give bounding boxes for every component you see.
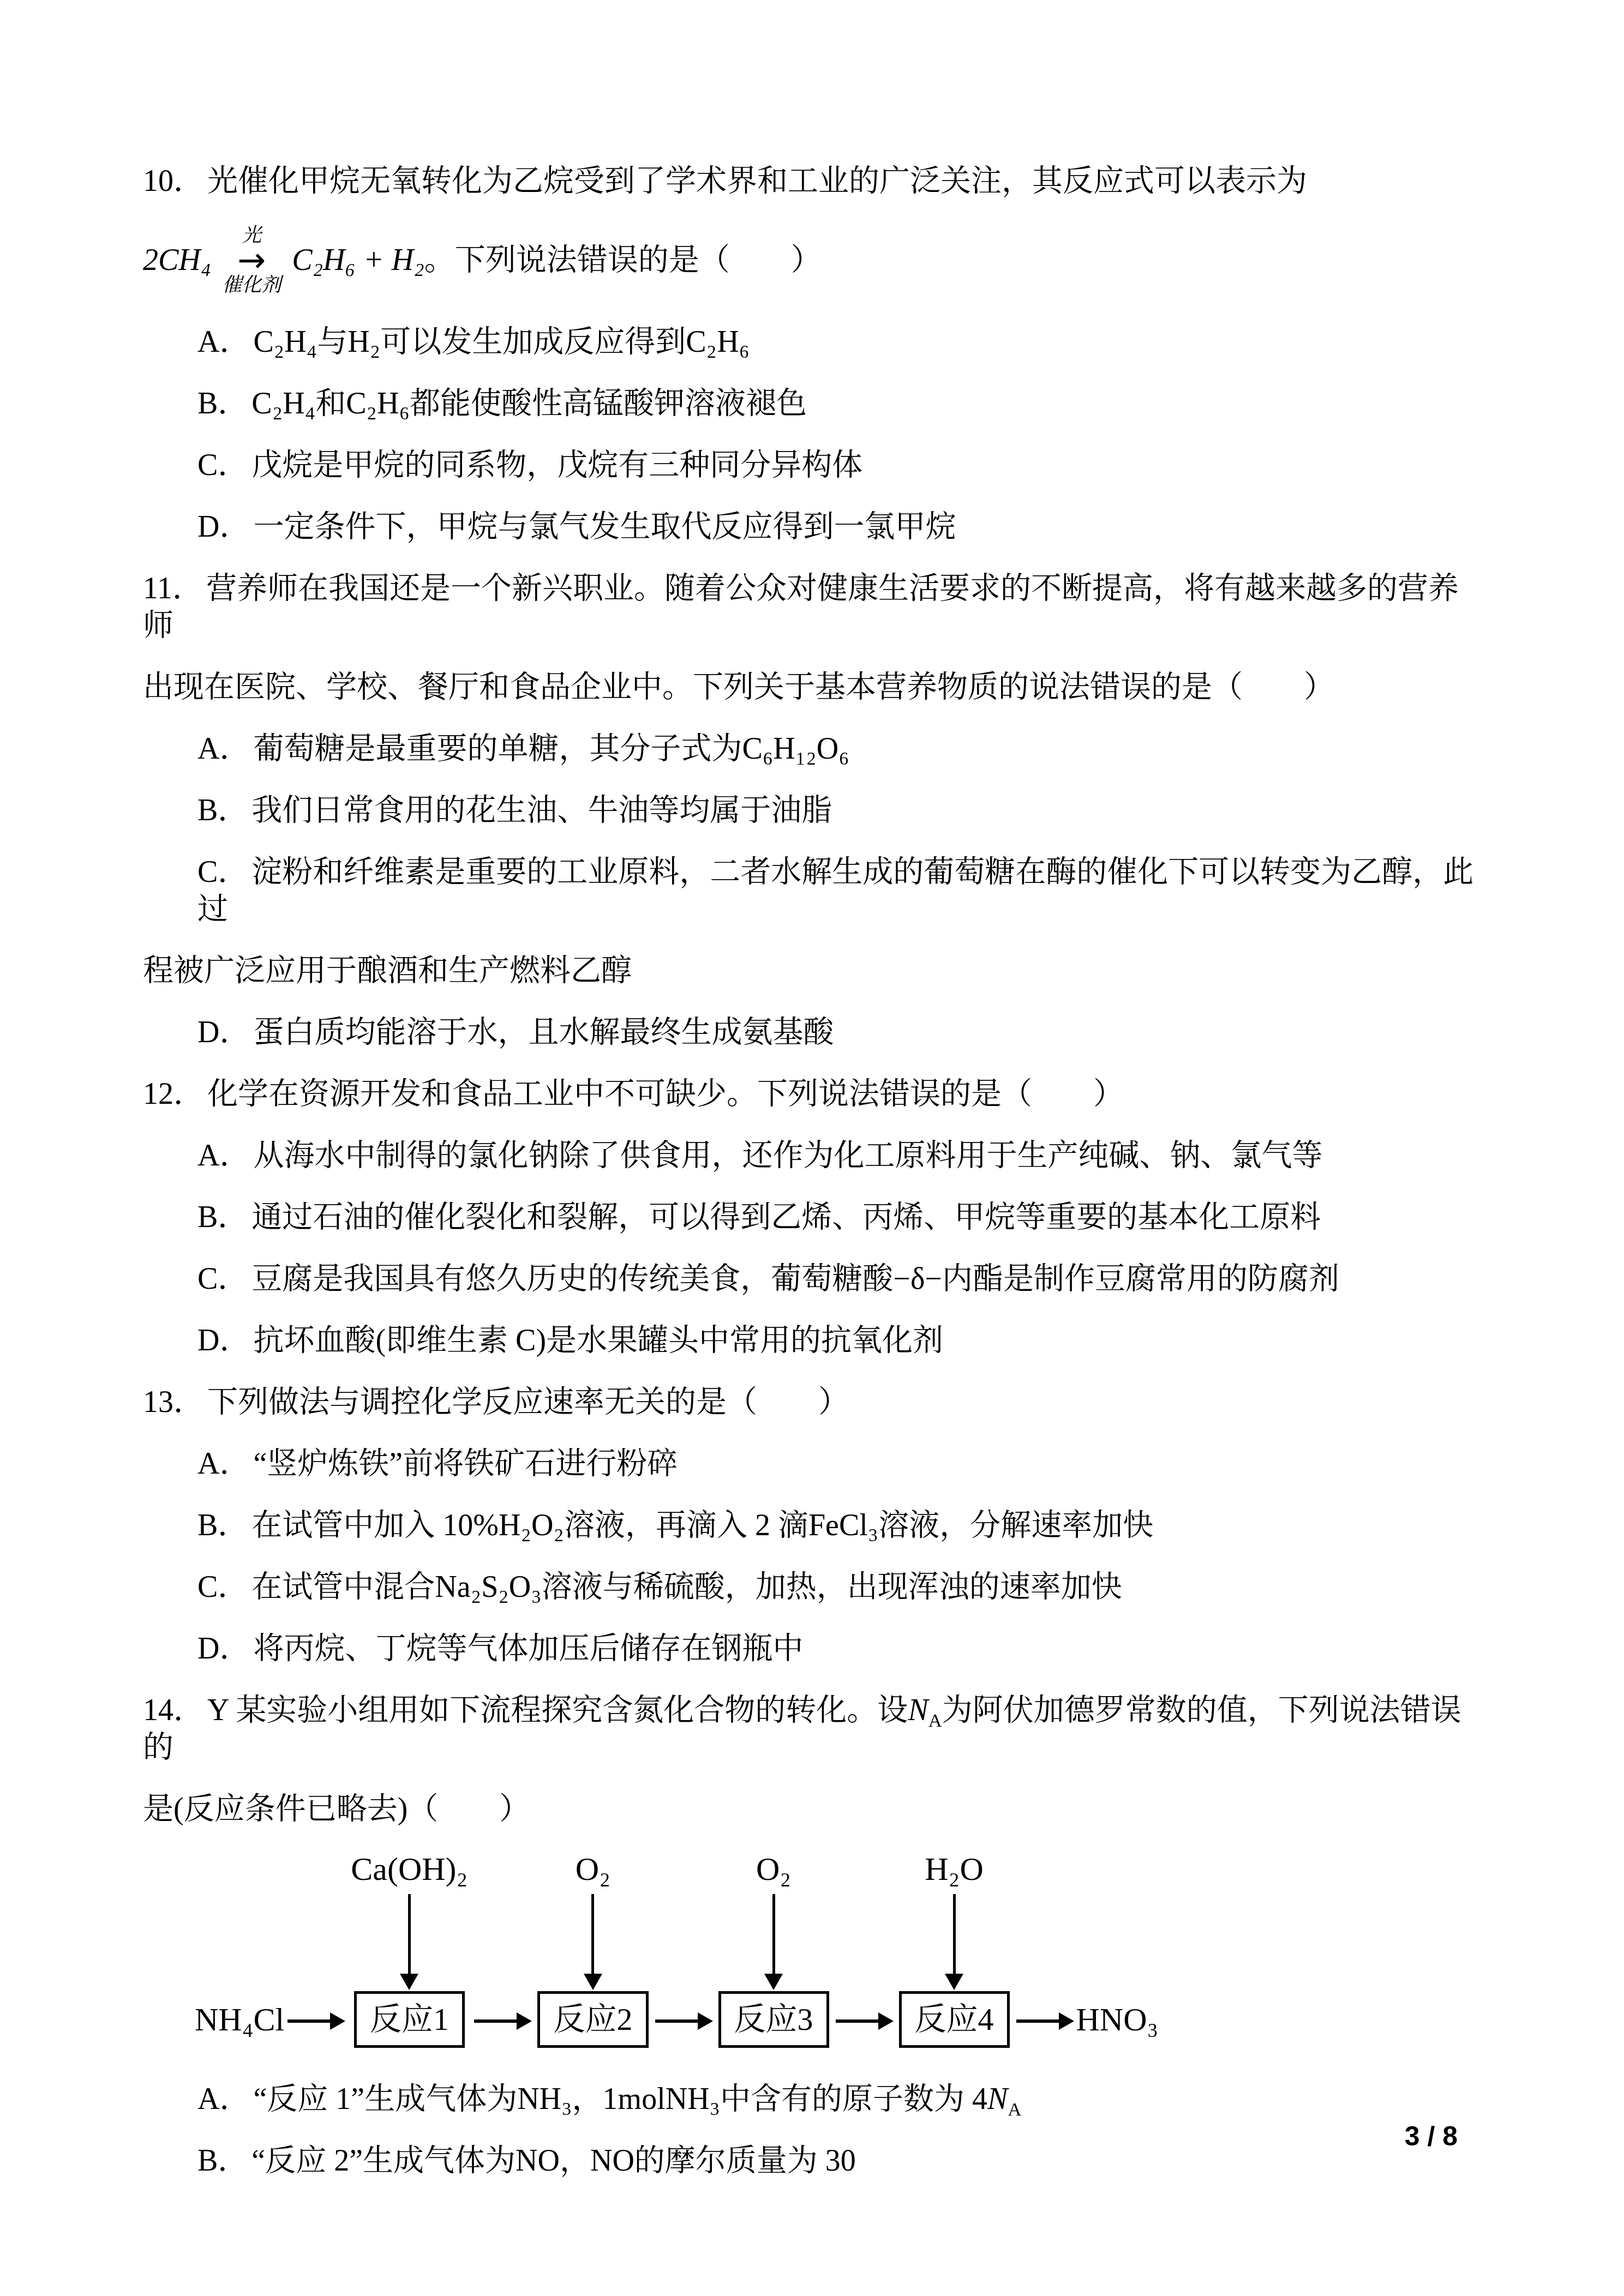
option-letter: A．: [197, 2082, 250, 2116]
option-text: “反应 2”生成气体为NO，NO的摩尔质量为 30: [251, 2144, 855, 2178]
option-letter: D．: [197, 510, 250, 544]
option-text: 淀粉和纤维素是重要的工业原料，二者水解生成的葡萄糖在酶的催化下可以转变为乙醇，此…: [197, 855, 1473, 926]
option-text: “竖炉炼铁”前将铁矿石进行粉碎: [253, 1447, 678, 1481]
reaction-box-3: 反应3: [718, 1991, 829, 2048]
question-14-number: 14．: [143, 1693, 204, 1727]
nitrogen-conversion-flow-diagram: NH₄Cl Ca(OH)₂ 反应1 O₂ 反应2 O₂ 反应3: [195, 1852, 1488, 2048]
question-10-option-a: A．C₂H₄与H₂可以发生加成反应得到C₂H₆: [197, 323, 1488, 360]
question-11-option-b: B．我们日常食用的花生油、牛油等均属于油脂: [197, 792, 1488, 829]
question-14-stem-line2: 是(反应条件已略去)（ ）: [143, 1790, 1488, 1828]
option-letter: C．: [197, 1570, 248, 1604]
condition-below-arrow: 催化剂: [222, 274, 281, 296]
avogadro-symbol-subscript: A: [1008, 2099, 1021, 2120]
reaction-arrow: 光 → 催化剂: [222, 224, 281, 296]
option-letter: C．: [197, 855, 248, 889]
question-14-stem-line1: 14．Y 某实验小组用如下流程探究含氮化合物的转化。设NA为阿伏加德罗常数的值，…: [143, 1692, 1488, 1766]
option-text: 抗坏血酸(即维生素 C)是水果罐头中常用的抗氧化剂: [253, 1324, 943, 1357]
question-11-option-c-continuation: 程被广泛应用于酿酒和生产燃料乙醇: [143, 952, 1488, 989]
question-11-option-d: D．蛋白质均能溶于水，且水解最终生成氨基酸: [197, 1014, 1488, 1051]
option-text: 戊烷是甲烷的同系物，戊烷有三种同分异构体: [251, 448, 862, 482]
option-text: C₂H₄和C₂H₆都能使酸性高锰酸钾溶液褪色: [251, 387, 807, 420]
reagent-label-1: Ca(OH)₂: [351, 1852, 468, 1886]
question-14-stem-text-part1: Y 某实验小组用如下流程探究含氮化合物的转化。设: [207, 1693, 908, 1727]
option-letter: D．: [197, 1324, 250, 1357]
reagent-label-2: O₂: [576, 1852, 610, 1886]
option-letter: A．: [197, 1139, 250, 1173]
option-text: 蛋白质均能溶于水，且水解最终生成氨基酸: [253, 1015, 834, 1049]
option-text: 豆腐是我国具有悠久历史的传统美食，葡萄糖酸−δ−内酯是制作豆腐常用的防腐剂: [251, 1262, 1339, 1296]
question-13-stem: 13．下列做法与调控化学反应速率无关的是（ ）: [143, 1384, 1488, 1421]
question-11-number: 11．: [143, 572, 203, 605]
reagent-label-3: O₂: [756, 1852, 791, 1886]
question-12-stem: 12．化学在资源开发和食品工业中不可缺少。下列说法错误的是（ ）: [143, 1075, 1488, 1113]
right-arrow-icon: [655, 2019, 699, 2023]
avogadro-symbol: N: [908, 1693, 928, 1727]
flow-input-formula: NH₄Cl: [195, 2003, 284, 2037]
option-letter: B．: [197, 1200, 248, 1234]
flow-output-formula: HNO₃: [1076, 2003, 1159, 2037]
option-letter: B．: [197, 387, 248, 420]
reaction-box-4: 反应4: [899, 1991, 1010, 2048]
question-14-option-a: A．“反应 1”生成气体为NH₃，1molNH₃中含有的原子数为 4NA: [197, 2081, 1488, 2118]
down-arrow-icon: [772, 1894, 775, 1975]
question-12-number: 12．: [143, 1077, 204, 1111]
question-14-option-b: B．“反应 2”生成气体为NO，NO的摩尔质量为 30: [197, 2142, 1488, 2179]
question-11-stem-line2: 出现在医院、学校、餐厅和食品企业中。下列关于基本营养物质的说法错误的是（ ）: [143, 669, 1488, 706]
option-text: 在试管中加入 10%H₂O₂溶液，再滴入 2 滴FeCl₃溶液，分解速率加快: [251, 1508, 1153, 1542]
right-arrow-icon: [474, 2019, 518, 2023]
equation-lhs: 2CH₄: [143, 242, 211, 279]
down-arrow-icon: [953, 1894, 956, 1975]
option-text: 我们日常食用的花生油、牛油等均属于油脂: [251, 794, 832, 827]
flow-stage-2: O₂ 反应2: [537, 1852, 648, 2048]
question-13-option-a: A．“竖炉炼铁”前将铁矿石进行粉碎: [197, 1445, 1488, 1482]
option-letter: A．: [197, 1447, 250, 1481]
right-arrow-icon: [836, 2019, 879, 2023]
question-12-option-d: D．抗坏血酸(即维生素 C)是水果罐头中常用的抗氧化剂: [197, 1322, 1488, 1359]
question-10-option-b: B．C₂H₄和C₂H₆都能使酸性高锰酸钾溶液褪色: [197, 385, 1488, 422]
question-12-stem-text: 化学在资源开发和食品工业中不可缺少。下列说法错误的是（ ）: [207, 1077, 1124, 1111]
question-10-option-d: D．一定条件下，甲烷与氯气发生取代反应得到一氯甲烷: [197, 508, 1488, 545]
question-10-option-c: C．戊烷是甲烷的同系物，戊烷有三种同分异构体: [197, 447, 1488, 484]
option-text: 葡萄糖是最重要的单糖，其分子式为C₆H₁₂O₆: [253, 732, 849, 766]
option-text: C₂H₄与H₂可以发生加成反应得到C₂H₆: [253, 325, 750, 359]
option-text: “反应 1”生成气体为NH₃，1molNH₃中含有的原子数为 4: [253, 2082, 987, 2116]
question-12-option-a: A．从海水中制得的氯化钠除了供食用，还作为化工原料用于生产纯碱、钠、氯气等: [197, 1137, 1488, 1174]
question-13-option-c: C．在试管中混合Na₂S₂O₃溶液与稀硫酸，加热，出现浑浊的速率加快: [197, 1568, 1488, 1606]
exam-document-page: 10．光催化甲烷无氧转化为乙烷受到了学术界和工业的广泛关注，其反应式可以表示为 …: [0, 0, 1624, 2179]
option-letter: D．: [197, 1015, 250, 1049]
option-text: 一定条件下，甲烷与氯气发生取代反应得到一氯甲烷: [253, 510, 956, 544]
question-10-stem: 10．光催化甲烷无氧转化为乙烷受到了学术界和工业的广泛关注，其反应式可以表示为: [143, 163, 1488, 200]
flow-stage-4: H₂O 反应4: [899, 1852, 1010, 2048]
page-content: 10．光催化甲烷无氧转化为乙烷受到了学术界和工业的广泛关注，其反应式可以表示为 …: [0, 0, 1624, 2179]
option-letter: A．: [197, 732, 250, 766]
question-10-stem-text: 光催化甲烷无氧转化为乙烷受到了学术界和工业的广泛关注，其反应式可以表示为: [207, 164, 1307, 198]
equation-rhs: C₂H₆ + H₂: [292, 242, 424, 279]
option-text: 从海水中制得的氯化钠除了供食用，还作为化工原料用于生产纯碱、钠、氯气等: [253, 1139, 1322, 1173]
avogadro-symbol: N: [987, 2082, 1008, 2116]
flow-stage-3: O₂ 反应3: [718, 1852, 829, 2048]
flow-row: NH₄Cl Ca(OH)₂ 反应1 O₂ 反应2 O₂ 反应3: [195, 1852, 1488, 2048]
right-arrow-icon: [1016, 2019, 1060, 2023]
reaction-box-2: 反应2: [537, 1991, 648, 2048]
question-13-option-d: D．将丙烷、丁烷等气体加压后储存在钢瓶中: [197, 1630, 1488, 1667]
option-letter: C．: [197, 448, 248, 482]
avogadro-symbol-subscript: A: [928, 1710, 942, 1732]
reagent-label-4: H₂O: [925, 1852, 984, 1886]
question-11-option-c: C．淀粉和纤维素是重要的工业原料，二者水解生成的葡萄糖在酶的催化下可以转变为乙醇…: [197, 854, 1488, 928]
equation-tail-text: 。下列说法错误的是（ ）: [424, 242, 822, 279]
option-letter: C．: [197, 1262, 248, 1296]
question-12-option-b: B．通过石油的催化裂化和裂解，可以得到乙烯、丙烯、甲烷等重要的基本化工原料: [197, 1199, 1488, 1236]
question-13-option-b: B．在试管中加入 10%H₂O₂溶液，再滴入 2 滴FeCl₃溶液，分解速率加快: [197, 1507, 1488, 1544]
question-13-number: 13．: [143, 1385, 204, 1419]
question-11-stem-text: 营养师在我国还是一个新兴职业。随着公众对健康生活要求的不断提高，将有越来越多的营…: [143, 572, 1459, 642]
page-number: 3 / 8: [1405, 2120, 1458, 2152]
option-letter: B．: [197, 1508, 248, 1542]
option-text: 在试管中混合Na₂S₂O₃溶液与稀硫酸，加热，出现浑浊的速率加快: [251, 1570, 1122, 1604]
question-11-option-a: A．葡萄糖是最重要的单糖，其分子式为C₆H₁₂O₆: [197, 730, 1488, 767]
right-arrow-icon: [287, 2019, 331, 2023]
down-arrow-icon: [408, 1894, 411, 1975]
flow-stage-1: Ca(OH)₂ 反应1: [351, 1852, 468, 2048]
option-letter: A．: [197, 325, 250, 359]
question-10-reaction-equation: 2CH₄ 光 → 催化剂 C₂H₆ + H₂ 。下列说法错误的是（ ）: [143, 224, 1488, 296]
question-11-stem-line1: 11．营养师在我国还是一个新兴职业。随着公众对健康生活要求的不断提高，将有越来越…: [143, 570, 1488, 644]
right-arrow-icon: →: [237, 247, 266, 274]
question-13-stem-text: 下列做法与调控化学反应速率无关的是（ ）: [207, 1385, 849, 1419]
option-text: 通过石油的催化裂化和裂解，可以得到乙烯、丙烯、甲烷等重要的基本化工原料: [251, 1200, 1321, 1234]
option-letter: B．: [197, 794, 248, 827]
reaction-box-1: 反应1: [354, 1991, 465, 2048]
down-arrow-icon: [591, 1894, 594, 1975]
question-12-option-c: C．豆腐是我国具有悠久历史的传统美食，葡萄糖酸−δ−内酯是制作豆腐常用的防腐剂: [197, 1260, 1488, 1297]
option-letter: D．: [197, 1632, 250, 1666]
question-10-number: 10．: [143, 164, 204, 198]
option-text: 将丙烷、丁烷等气体加压后储存在钢瓶中: [253, 1632, 803, 1666]
option-letter: B．: [197, 2144, 248, 2178]
